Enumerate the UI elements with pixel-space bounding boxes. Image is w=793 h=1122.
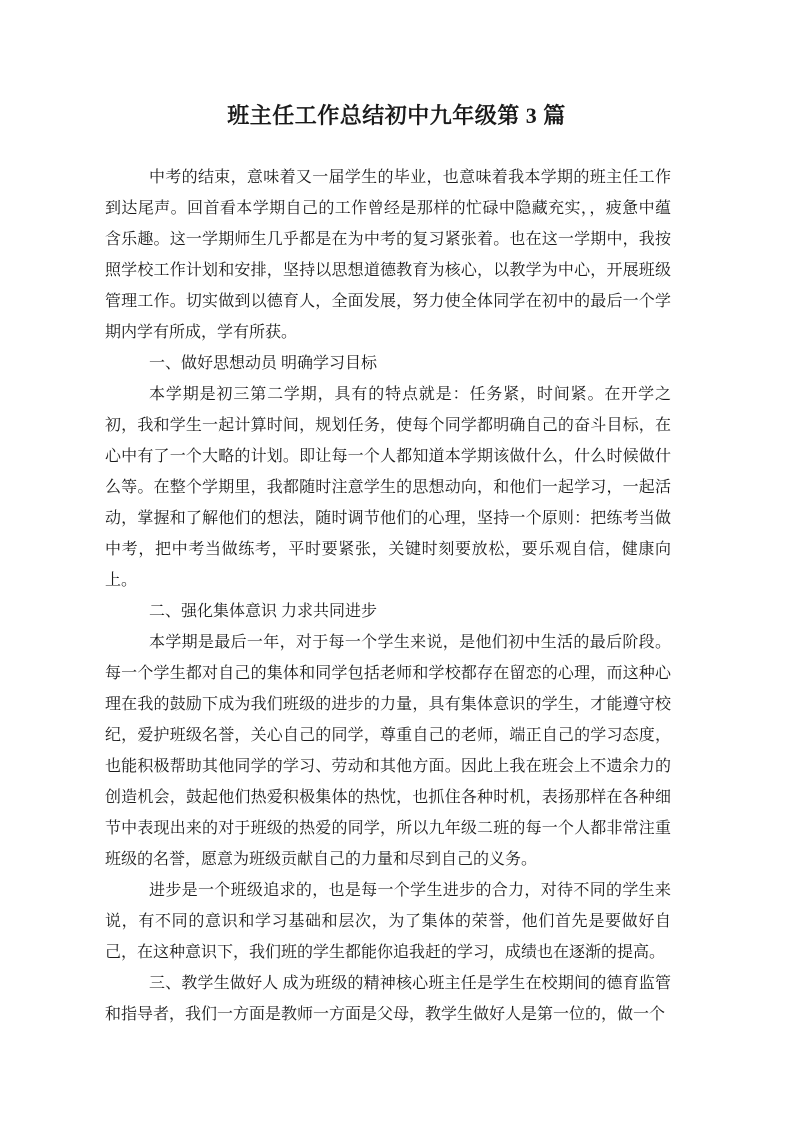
- section-heading: 二、强化集体意识 力求共同进步: [105, 596, 671, 627]
- body-paragraph: 本学期是最后一年，对于每一个学生来说，是他们初中生活的最后阶段。每一个学生都对自…: [105, 627, 671, 875]
- section-heading: 一、做好思想动员 明确学习目标: [105, 348, 671, 379]
- document-page: 班主任工作总结初中九年级第 3 篇 中考的结束，意味着又一届学生的毕业，也意味着…: [0, 0, 793, 1122]
- body-paragraph: 本学期是初三第二学期，具有的特点就是：任务紧，时间紧。在开学之初，我和学生一起计…: [105, 379, 671, 596]
- body-paragraph: 进步是一个班级追求的，也是每一个学生进步的合力，对待不同的学生来说，有不同的意识…: [105, 875, 671, 968]
- document-title: 班主任工作总结初中九年级第 3 篇: [0, 99, 793, 132]
- body-paragraph: 三、教学生做好人 成为班级的精神核心班主任是学生在校期间的德育监管和指导者，我们…: [105, 968, 671, 1030]
- document-body: 中考的结束，意味着又一届学生的毕业，也意味着我本学期的班主任工作到达尾声。回首看…: [105, 162, 671, 1030]
- body-paragraph: 中考的结束，意味着又一届学生的毕业，也意味着我本学期的班主任工作到达尾声。回首看…: [105, 162, 671, 348]
